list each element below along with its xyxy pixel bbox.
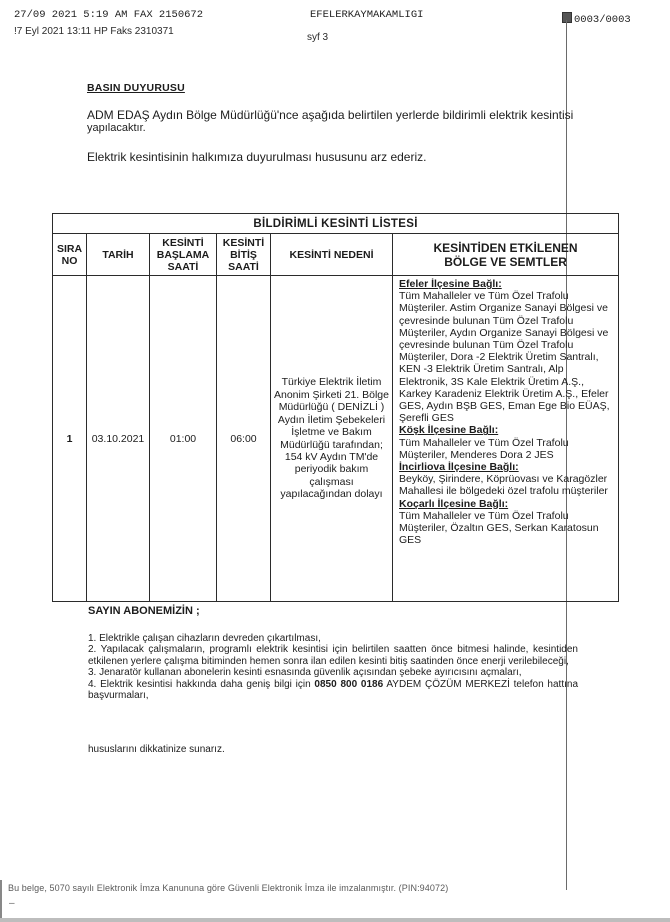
district-heading: Efeler İlçesine Bağlı: bbox=[399, 278, 614, 290]
cell-end-time: 06:00 bbox=[217, 276, 271, 602]
announcement-paragraph-1-cont: yapılacaktır. bbox=[87, 122, 146, 134]
notice-item-2: 2. Yapılacak çalışmaların, programlı ele… bbox=[88, 644, 578, 667]
cell-start-time: 01:00 bbox=[150, 276, 217, 602]
cell-reason: Türkiye Elektrik İletim Anonim Şirketi 2… bbox=[271, 276, 393, 602]
notice-item-3: 3. Jenaratör kullanan abonelerin kesinti… bbox=[88, 667, 578, 678]
e-signature-note: Bu belge, 5070 sayılı Elektronik İmza Ka… bbox=[8, 883, 448, 893]
district-areas: Tüm Mahalleler ve Tüm Özel Trafolu Müşte… bbox=[399, 510, 614, 547]
district-heading: Köşk İlçesine Bağlı: bbox=[399, 424, 614, 436]
col-header-end: KESİNTİBİTİŞSAATİ bbox=[217, 234, 271, 276]
announcement-title: BASIN DUYURUSU bbox=[87, 82, 185, 94]
announcement-paragraph-2: Elektrik kesintisinin halkımıza duyurulm… bbox=[87, 150, 426, 164]
support-phone-number: 0850 800 0186 bbox=[314, 679, 383, 690]
notice-closing: hususlarını dikkatinize sunarız. bbox=[88, 744, 225, 755]
page-number: syf 3 bbox=[307, 32, 328, 43]
fax-page-icon bbox=[562, 12, 572, 23]
fax-page-counter: 0003/0003 bbox=[562, 9, 631, 27]
district-heading: Koçarlı İlçesine Bağlı: bbox=[399, 498, 614, 510]
fax-sender-id: EFELERKAYMAKAMLIGI bbox=[310, 9, 423, 21]
district-heading: İncirliova İlçesine Bağlı: bbox=[399, 461, 614, 473]
cell-date: 03.10.2021 bbox=[87, 276, 150, 602]
district-areas: Tüm Mahalleler ve Tüm Özel Trafolu Müşte… bbox=[399, 437, 614, 461]
page-edge bbox=[0, 880, 2, 922]
col-header-start: KESİNTİBAŞLAMASAATİ bbox=[150, 234, 217, 276]
outage-table: BİLDİRİMLİ KESİNTİ LİSTESİ SIRANO TARİH … bbox=[52, 213, 619, 602]
cell-regions: Efeler İlçesine Bağlı: Tüm Mahalleler ve… bbox=[393, 276, 619, 602]
district-areas: Beyköy, Şirindere, Köprüovası ve Karagöz… bbox=[399, 473, 614, 497]
fax-timestamp-line: 27/09 2021 5:19 AM FAX 2150672 bbox=[14, 9, 203, 21]
table-header-row: SIRANO TARİH KESİNTİBAŞLAMASAATİ KESİNTİ… bbox=[53, 234, 619, 276]
cell-no: 1 bbox=[53, 276, 87, 602]
col-header-no: SIRANO bbox=[53, 234, 87, 276]
notice-heading: SAYIN ABONEMİZİN ; bbox=[88, 605, 200, 617]
col-header-date: TARİH bbox=[87, 234, 150, 276]
footer-mark: – bbox=[9, 898, 15, 909]
fax-received-line: !7 Eyl 2021 13:11 HP Faks 2310371 bbox=[14, 26, 174, 37]
announcement-paragraph-1: ADM EDAŞ Aydın Bölge Müdürlüğü'nce aşağı… bbox=[87, 108, 573, 122]
col-header-reason: KESİNTİ NEDENİ bbox=[271, 234, 393, 276]
outage-table-title: BİLDİRİMLİ KESİNTİ LİSTESİ bbox=[53, 214, 619, 234]
notice-list: 1. Elektrikle çalışan cihazların devrede… bbox=[88, 633, 578, 701]
fax-page-number: 0003/0003 bbox=[574, 14, 631, 26]
notice-item-1: 1. Elektrikle çalışan cihazların devrede… bbox=[88, 633, 578, 644]
table-row: 1 03.10.2021 01:00 06:00 Türkiye Elektri… bbox=[53, 276, 619, 602]
page-bottom-border bbox=[0, 918, 670, 922]
col-header-regions: KESİNTİDEN ETKİLENENBÖLGE VE SEMTLER bbox=[393, 234, 619, 276]
district-areas: Tüm Mahalleler ve Tüm Özel Trafolu Müşte… bbox=[399, 290, 614, 424]
notice-item-4: 4. Elektrik kesintisi hakkında daha geni… bbox=[88, 679, 578, 702]
